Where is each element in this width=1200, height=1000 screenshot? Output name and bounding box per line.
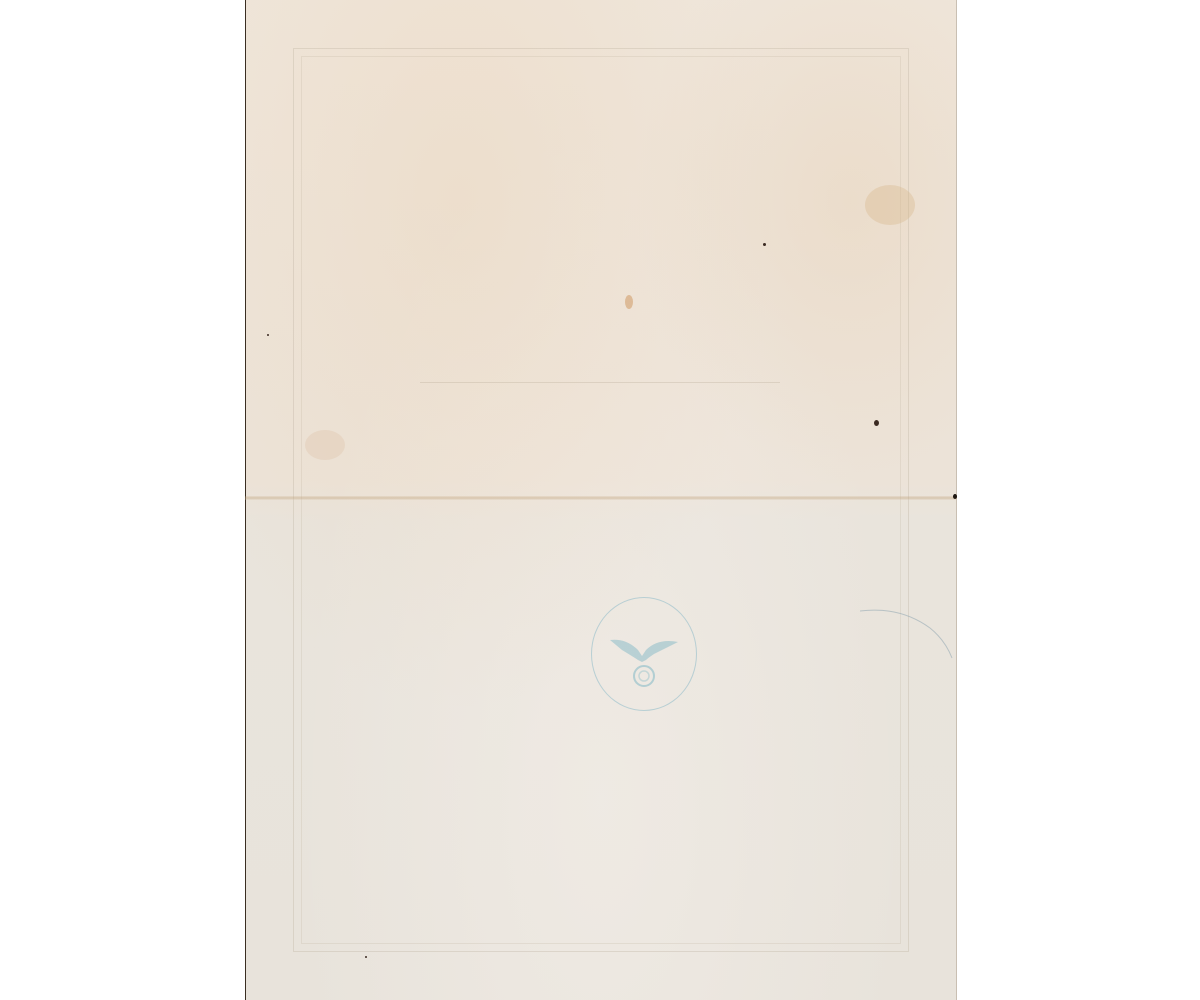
- show-through-rule: [420, 382, 780, 383]
- ink-speck: [953, 494, 957, 499]
- decorative-border-inner: [301, 56, 901, 944]
- foxing-stain: [865, 185, 915, 225]
- ink-speck: [267, 334, 269, 336]
- foxing-stain: [305, 430, 345, 460]
- horizontal-fold-line: [245, 496, 957, 500]
- ink-speck: [763, 243, 766, 246]
- eagle-emblem-icon: [592, 598, 696, 710]
- ink-speck: [365, 956, 367, 958]
- document-sheet: [245, 0, 957, 1000]
- ink-speck: [874, 420, 879, 426]
- hair-fiber: [860, 608, 960, 668]
- official-stamp: [591, 597, 697, 711]
- foxing-stain: [625, 295, 633, 309]
